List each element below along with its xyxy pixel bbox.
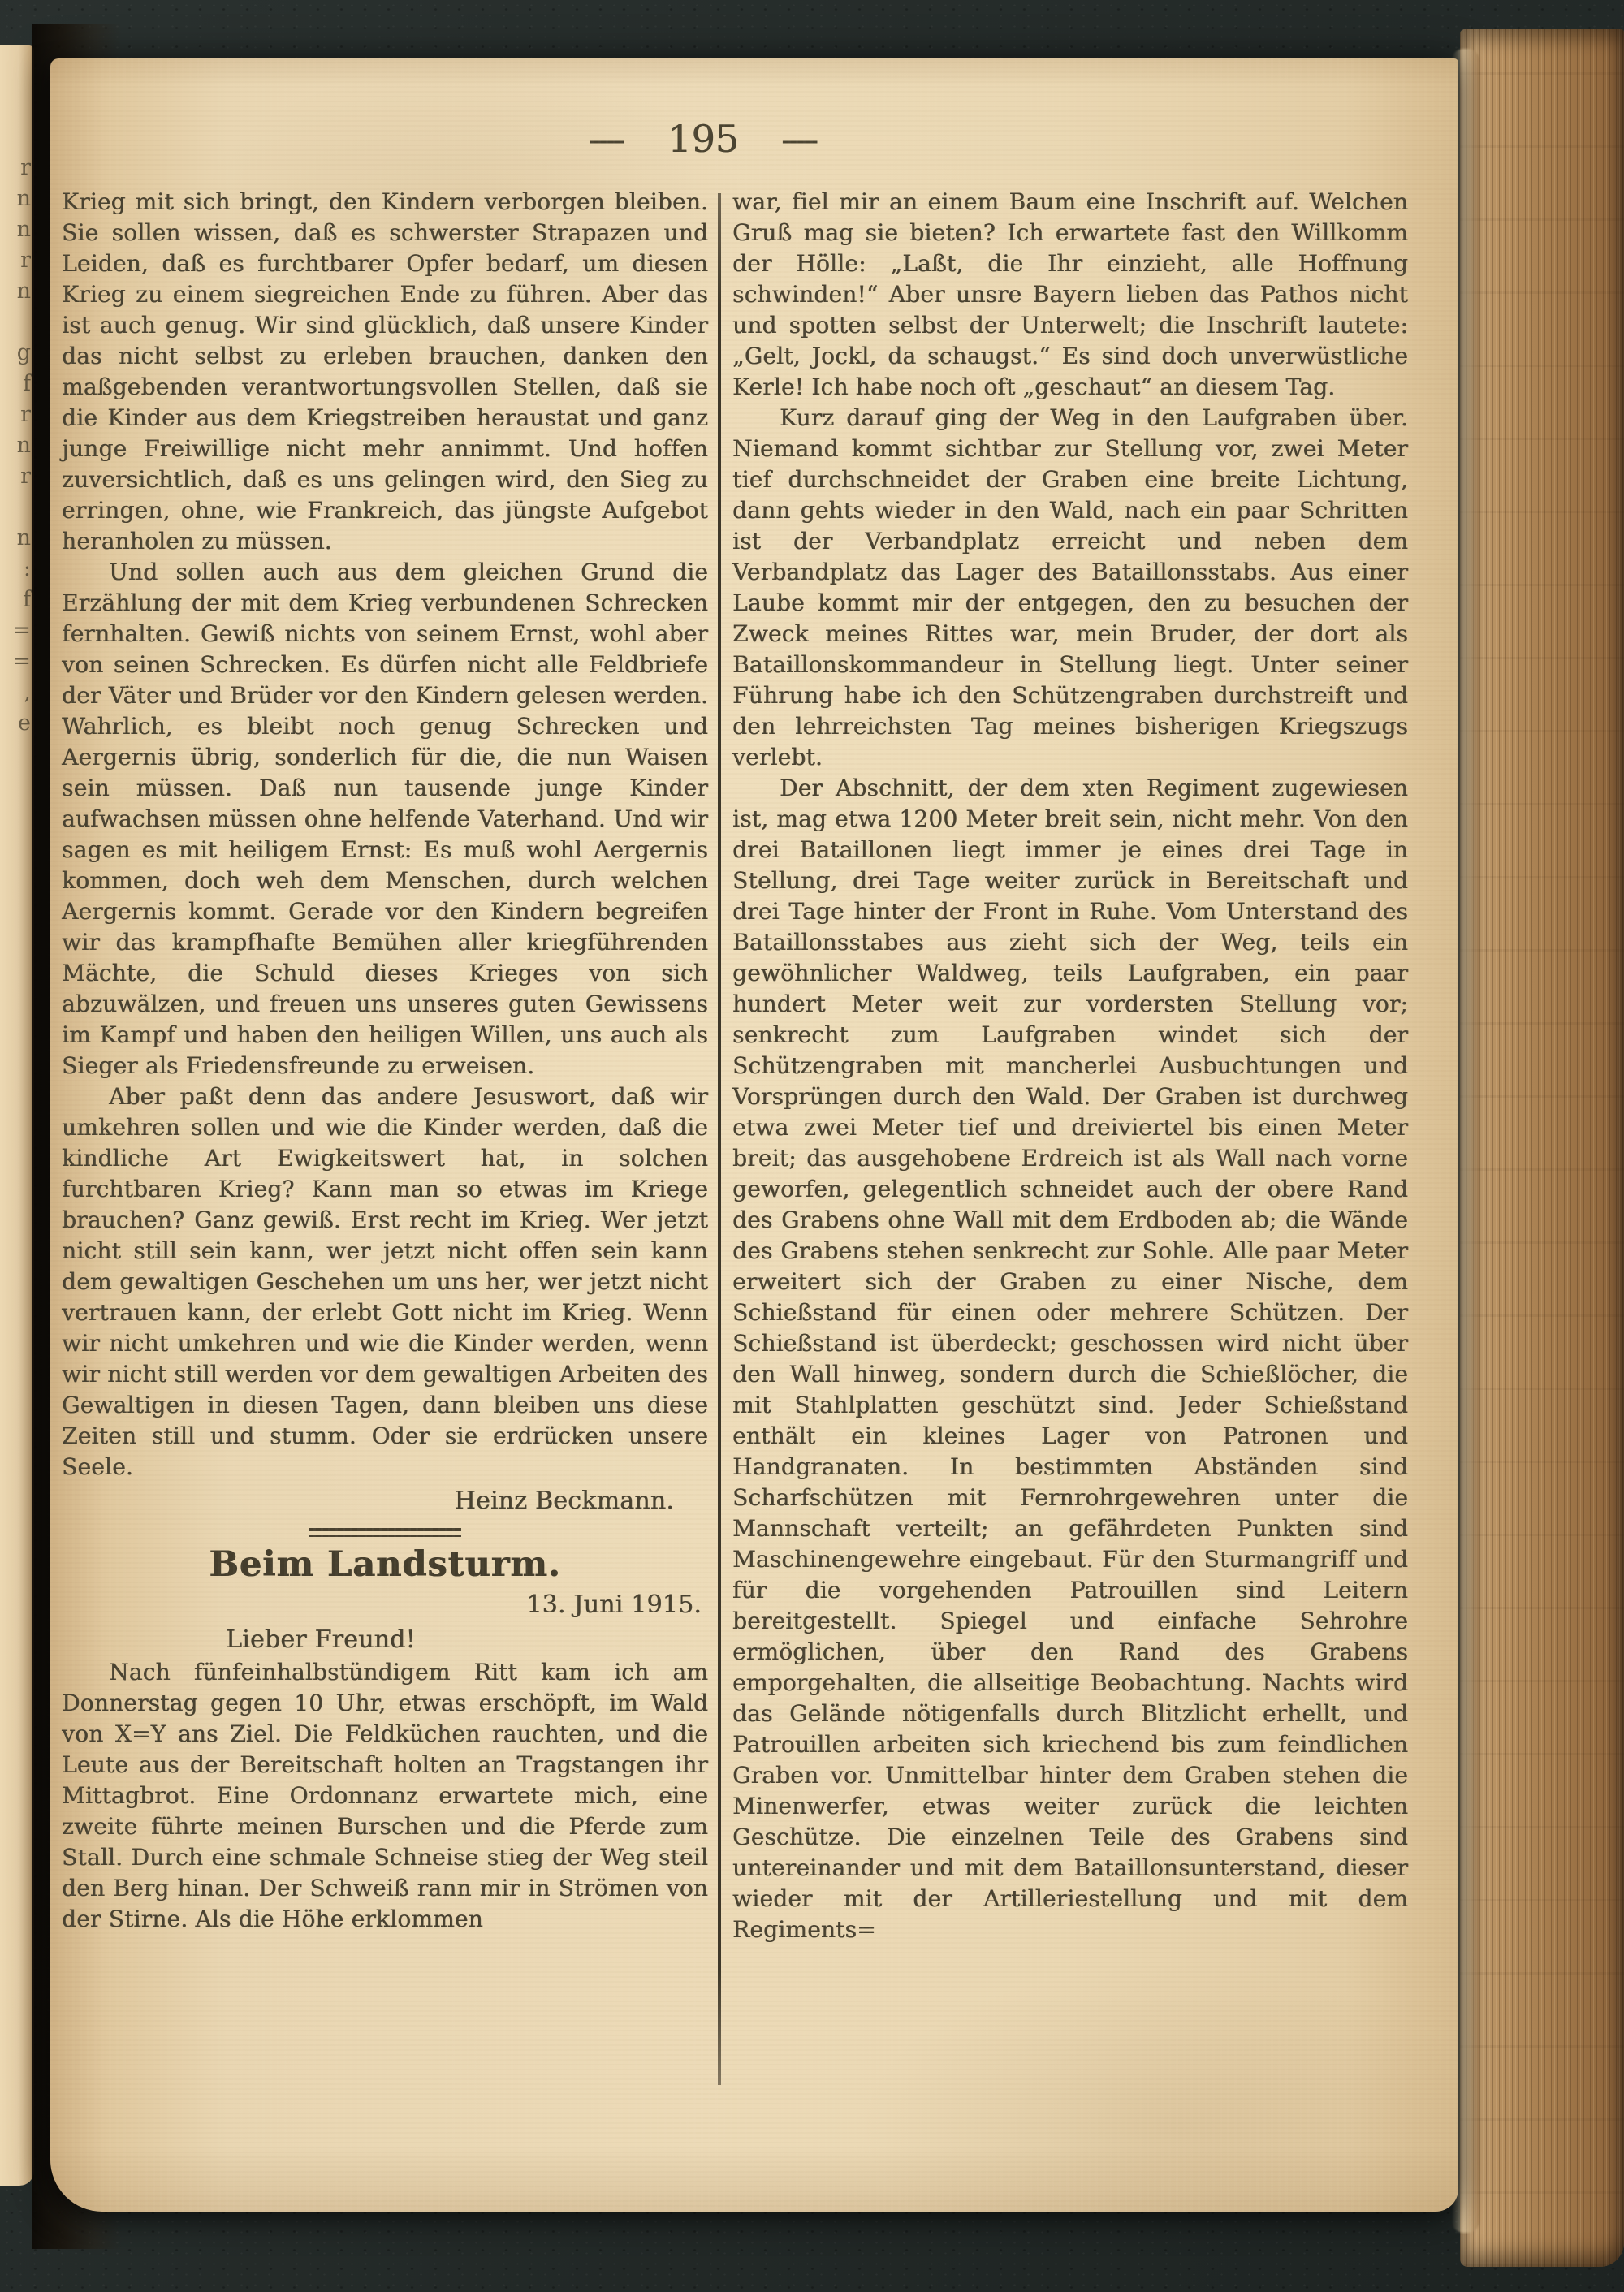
gutter-fragment [3, 492, 31, 523]
right-column-paragraphs: war, fiel mir an einem Baum eine Inschri… [732, 187, 1408, 1945]
page-number: 195 [667, 117, 739, 161]
gutter-fragment: n [3, 183, 31, 214]
gutter-fragment: n [3, 523, 31, 554]
left-column: Krieg mit sich bringt, den Kindern verbo… [62, 187, 708, 1935]
gutter-fragment: = [3, 646, 31, 677]
gutter-fragment: n [3, 276, 31, 307]
body-paragraph: Krieg mit sich bringt, den Kindern verbo… [62, 187, 708, 557]
column-divider-rule [718, 193, 721, 2085]
gutter-fragment: g [3, 338, 31, 369]
gutter-fragment: f [3, 369, 31, 399]
gutter-fragment: n [3, 214, 31, 245]
gutter-fragment: f [3, 585, 31, 615]
gutter-fragment [3, 307, 31, 338]
body-paragraph: Aber paßt denn das andere Jesuswort, daß… [62, 1081, 708, 1483]
gutter-fragment: n [3, 430, 31, 461]
article-signature: Heinz Beckmann. [62, 1486, 708, 1517]
header-dash-right: — [781, 117, 818, 161]
body-paragraph: Kurz darauf ging der Weg in den Laufgrab… [732, 403, 1408, 773]
section-date: 13. Juni 1915. [62, 1587, 708, 1623]
section-heading: Beim Landsturm. [62, 1542, 708, 1587]
page-stack-edge [1460, 29, 1624, 2267]
gutter-fragment: , [3, 677, 31, 708]
body-paragraph: Und sollen auch aus dem gleichen Grund d… [62, 557, 708, 1081]
letter-paragraphs: Nach fünfeinhalbstündigem Ritt kam ich a… [62, 1657, 708, 1935]
gutter-fragment: : [3, 554, 31, 585]
gutter-fragment: r [3, 153, 31, 183]
left-column-paragraphs: Krieg mit sich bringt, den Kindern verbo… [62, 187, 708, 1483]
book-scan: rnnrngfrnrn:f==,e — 195 — Krieg mit sich… [0, 0, 1624, 2292]
right-column: war, fiel mir an einem Baum eine Inschri… [732, 187, 1408, 1945]
gutter-fragment: e [3, 708, 31, 739]
body-paragraph: Der Abschnitt, der dem xten Regiment zug… [732, 773, 1408, 1945]
gutter-fragment: r [3, 399, 31, 430]
gutter-fragment: r [3, 461, 31, 492]
gutter-letter-fragments: rnnrngfrnrn:f==,e [3, 153, 31, 739]
previous-page-edge: rnnrngfrnrn:f==,e [0, 45, 34, 2186]
header-dash-left: — [588, 117, 625, 161]
gutter-fragment: = [3, 615, 31, 646]
body-paragraph: war, fiel mir an einem Baum eine Inschri… [732, 187, 1408, 403]
letter-paragraph: Nach fünfeinhalbstündigem Ritt kam ich a… [62, 1657, 708, 1935]
page-header: — 195 — [492, 117, 914, 161]
book-page: — 195 — Krieg mit sich bringt, den Kinde… [50, 58, 1458, 2212]
gutter-fragment: r [3, 245, 31, 276]
letter-salutation: Lieber Freund! [226, 1623, 708, 1657]
section-divider-rule [309, 1528, 461, 1537]
